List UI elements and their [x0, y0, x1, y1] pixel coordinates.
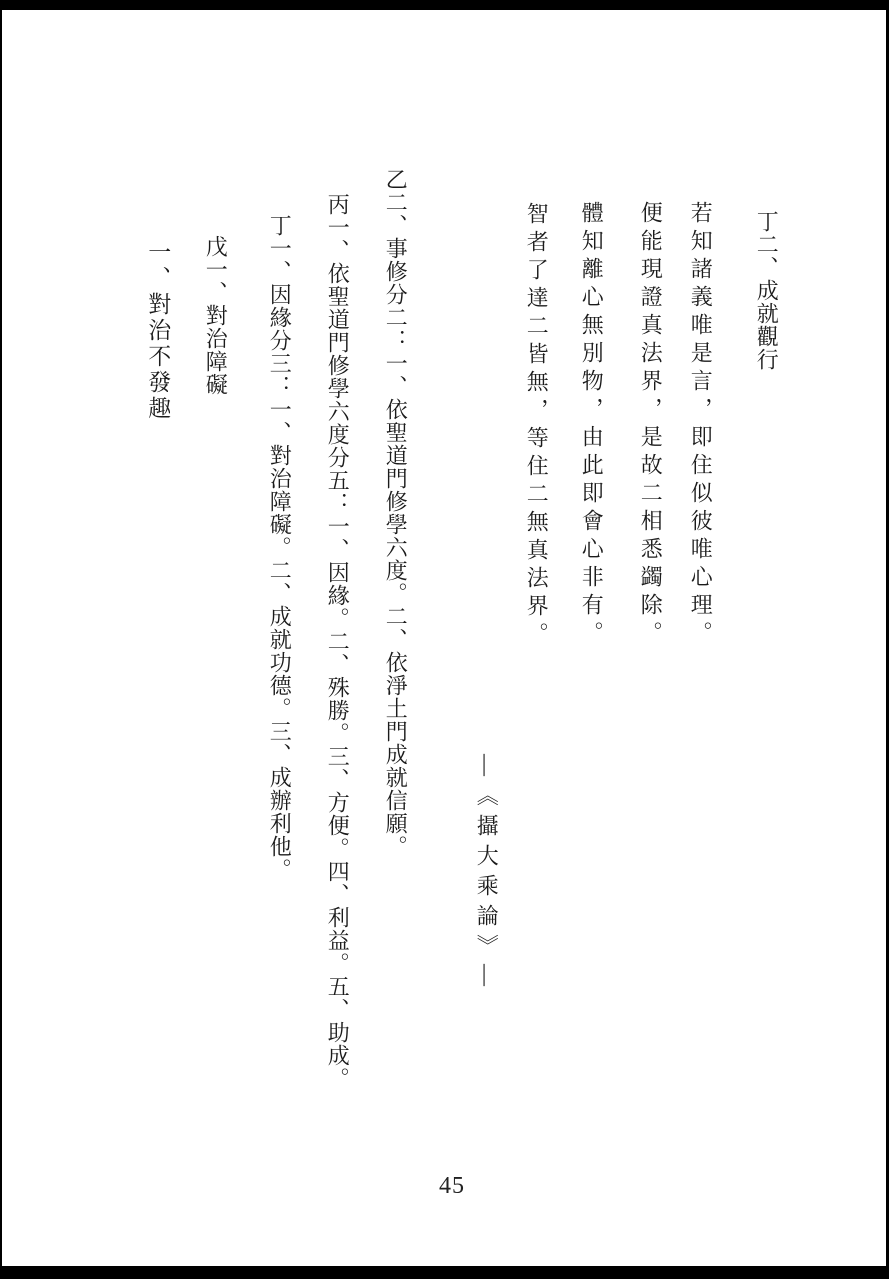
verse-line-1: 若知諸義唯是言，即住似彼唯心理。	[688, 201, 712, 649]
verse-line-3: 體知離心無別物，由此即會心非有。	[579, 201, 603, 649]
page-number: 45	[392, 1173, 512, 1200]
outline-heading-wu-1: 戊一、對治障礙	[203, 235, 227, 396]
outline-heading-yi-2: 乙二、事修分二：一、依聖道門修學六度。二、依淨土門成就信願。	[383, 168, 407, 858]
verse-line-4: 智者了達二皆無，等住二無真法界。	[524, 202, 548, 650]
outline-heading-bing-1: 丙一、依聖道門修學六度分五：一、因緣。二、殊勝。三、方便。四、利益。五、助成。	[325, 193, 349, 1090]
outline-item-1: 一、對治不發趣	[145, 240, 170, 422]
document-page: 丁二、成就觀行 若知諸義唯是言，即住似彼唯心理。 便能現證真法界，是故二相悉蠲除…	[0, 0, 889, 1279]
outline-heading-ding-1: 丁一、因緣分三：一、對治障礙。二、成就功德。三、成辦利他。	[267, 214, 291, 881]
verse-citation: —《攝大乘論》—	[474, 754, 498, 994]
outline-heading-ding-2: 丁二、成就觀行	[754, 210, 778, 371]
verse-line-2: 便能現證真法界，是故二相悉蠲除。	[638, 201, 662, 649]
